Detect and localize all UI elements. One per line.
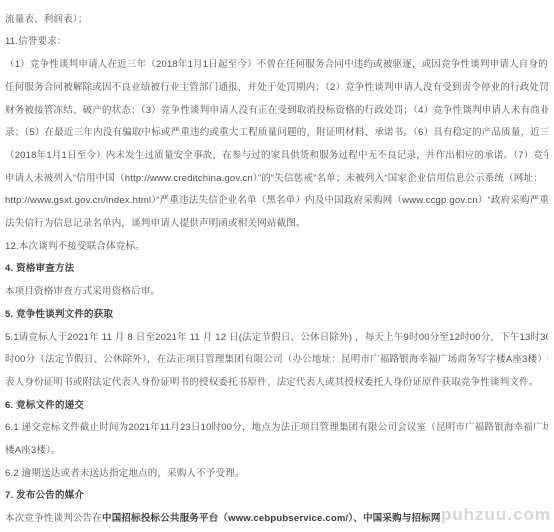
watermark: puhzuu.com (441, 505, 551, 525)
document-line: 6.2 逾期送达或者未送达指定地点的，采购人不予受理。 (5, 463, 548, 486)
document-line: 表人身份证明书或附法定代表人身份证明书的授权委托书原件、法定代表人或其授权委托人… (5, 372, 548, 395)
document-line: 录；（5）在最近三年内没有骗取中标或严重违约或重大工程质量问题的，附证明材料、承… (5, 122, 548, 145)
document-line: 法失信行为信息记录名单内，谈判申请人提供声明函或相关网站截图。 (5, 213, 548, 236)
document-line: 6.1 递交竞标文件截止时间为2021年11月23日10时00分，地点为法正项目… (5, 417, 548, 440)
document-line: http://www.gsxt.gov.cn/index.html）”严重违法失… (5, 190, 548, 213)
document-line: （1）竞争性谈判申请人在近三年（2018年1月1日起至今）不曾在任何服务合同中违… (5, 54, 548, 77)
document-line: 财务被接管冻结、破产的状态；（3）竞争性谈判申请人没有正在受到取消投标资格的行政… (5, 100, 548, 123)
document-line-credit-requirements-label: 11.信誉要求： (5, 31, 548, 54)
section-heading-document-acquisition: 5. 竞争性谈判文件的获取 (5, 304, 548, 327)
announcement-document: 10.财务要求：提供2018年度、2019年度、2020年度经审计的财务报告；新… (0, 0, 554, 531)
document-line: （2018年1月1日至今）内未发生过质量安全事故，在参与过的家具供货和服务过程中… (5, 145, 548, 168)
document-line: 楼A座3楼）。 (5, 440, 548, 463)
document-line: 本项目资格审查方式采用资格后审。 (5, 281, 548, 304)
section-heading-bid-submission: 6. 竞标文件的递交 (5, 395, 548, 418)
document-line: 5.1请竞标人于2021年 11 月 8 日至2021年 11 月 12 日(法… (5, 327, 548, 350)
announcement-media-prefix: 本次竞争性谈判公告在 (5, 513, 102, 524)
document-line: 申请人未被列入“信用中国（http://www.creditchina.gov.… (5, 168, 548, 191)
document-line-clipped-top: 10.财务要求：提供2018年度、2019年度、2020年度经审计的财务报告；新… (5, 0, 548, 9)
section-heading-qualification-review: 4. 资格审查方法 (5, 258, 548, 281)
document-line: 流量表、利润表）； (5, 9, 548, 32)
document-line: 时00分（法定节假日、公休除外），在法正项目管理集团有限公司（办公地址：昆明市广… (5, 349, 548, 372)
announcement-media-platforms: 中国招标投标公共服务平台（www.cebpubservice.com/）、中国采… (102, 513, 441, 524)
document-line: 任何服务合同被解除或因不良业绩被行业主管部门通报，并处于处罚期内；（2）竞争性谈… (5, 77, 548, 100)
document-line: 12.本次谈判不接受联合体竞标。 (5, 236, 548, 259)
